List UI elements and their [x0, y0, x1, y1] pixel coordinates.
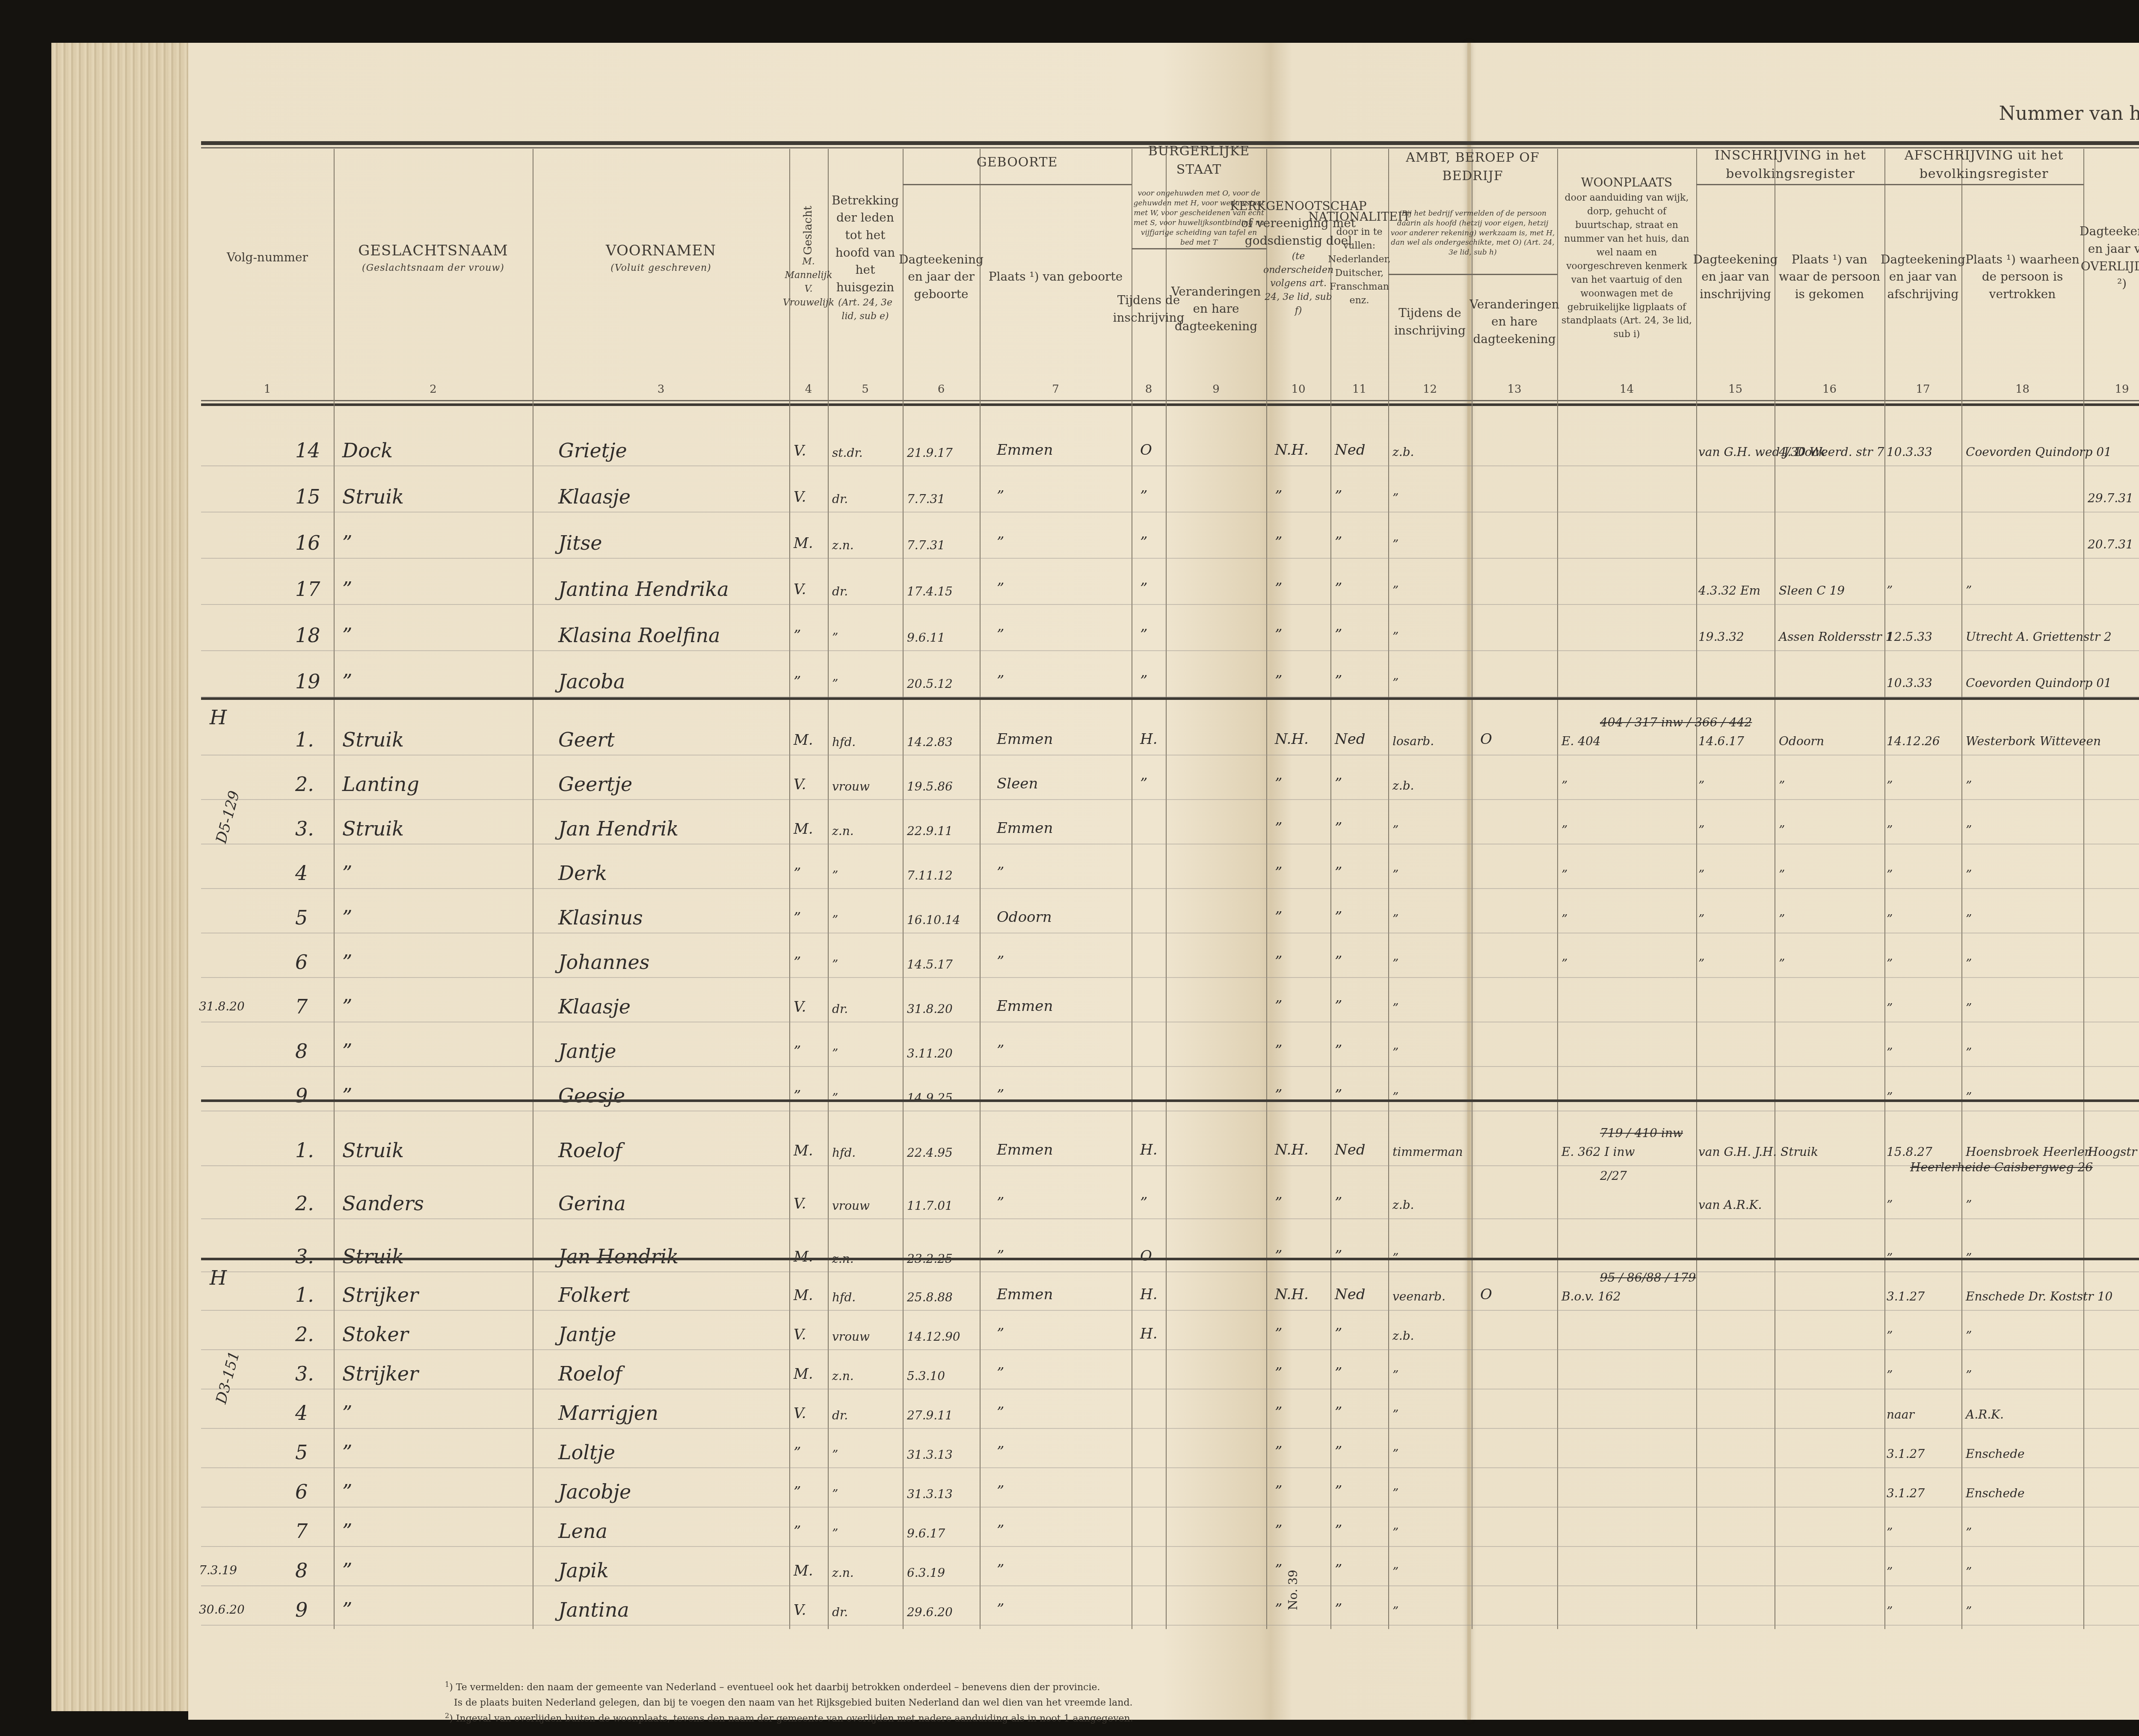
cell-col-10: ” — [1275, 953, 1282, 970]
cell-col-14: ” — [1561, 912, 1567, 926]
cell-col-4: M. — [794, 1248, 813, 1265]
column-number: 7 — [980, 383, 1132, 396]
cell-col-4: M. — [794, 535, 813, 552]
cell-col-1: 3. — [295, 1362, 314, 1385]
cell-col-14: B.o.v. 162 — [1561, 1289, 1621, 1303]
column-number: 8 — [1132, 383, 1166, 396]
column-title: Veranderingen en hare dagteekening — [1469, 296, 1559, 348]
cell-col-18: ” — [1966, 823, 1972, 837]
cell-col-4: ” — [794, 865, 801, 882]
cell-col-11: ” — [1335, 626, 1342, 643]
cell-col-2: Stoker — [342, 1323, 409, 1346]
cell-col-11: ” — [1335, 488, 1342, 505]
cell-col-11: Ned — [1335, 1141, 1366, 1158]
column-number: 15 — [1696, 383, 1775, 396]
cell-col-6: 5.3.10 — [907, 1369, 945, 1383]
cell-col-2: Struik — [342, 728, 404, 751]
cell-col-15: van G.H. J.H. Struik — [1698, 1145, 1818, 1159]
footnote-2: Ingeval van overlijden buiten de woonpla… — [456, 1713, 1133, 1724]
column-number: 18 — [1961, 383, 2083, 396]
cell-col-3: Lena — [558, 1520, 607, 1543]
column-header-4: GeslachtM. Mannelijk V. Vrouwelijk — [791, 150, 826, 366]
footnote-1b: Is de plaats buiten Nederland gelegen, d… — [454, 1697, 1132, 1708]
cell-col-8: O — [1140, 441, 1152, 459]
cell-col-5: z.n. — [832, 824, 854, 838]
cell-col-5: dr. — [832, 1408, 848, 1422]
cell-col-2: ” — [342, 1040, 353, 1063]
cell-col-5: ” — [832, 677, 838, 691]
cell-col-3: Geertje — [558, 773, 632, 796]
cell-col-7: Odoorn — [997, 909, 1052, 926]
cell-col-6: 6.3.19 — [907, 1566, 945, 1580]
cell-col-14: ” — [1561, 868, 1567, 882]
cell-col-2: ” — [342, 1401, 353, 1425]
cell-col-18: Utrecht A. Griettenstr 2 — [1966, 630, 2112, 644]
cell-col-2: ” — [342, 670, 353, 693]
struck-residence: 719 / 410 inw — [1600, 1126, 1683, 1140]
cell-col-5: ” — [832, 1091, 838, 1105]
row-rule — [201, 1271, 2139, 1272]
cell-col-18: ” — [1966, 1368, 1972, 1382]
cell-col-7: Emmen — [997, 731, 1053, 748]
cell-col-10: ” — [1275, 1483, 1282, 1500]
column-header-13: Veranderingen en hare dagteekening — [1473, 278, 1555, 366]
row-rule — [201, 1389, 2139, 1389]
cell-col-5: ” — [832, 868, 838, 883]
cell-col-11: ” — [1335, 1325, 1342, 1342]
cell-col-17: 15.8.27 — [1887, 1145, 1932, 1159]
cell-col-1: 6 — [295, 1480, 308, 1503]
column-title: Dagteekening en jaar van afschrijving — [1881, 251, 1965, 303]
cell-col-1: 15 — [295, 485, 320, 508]
cell-col-6: 20.5.12 — [907, 677, 953, 691]
column-divider — [1884, 149, 1885, 1629]
cell-col-17: 10.3.33 — [1887, 445, 1932, 459]
cell-col-5: hfd. — [832, 735, 856, 749]
cell-col-16: ” — [1779, 823, 1785, 837]
cell-col-11: ” — [1335, 1404, 1342, 1421]
cell-col-6: 11.7.01 — [907, 1199, 953, 1213]
column-title: Plaats ¹) van geboorte — [989, 268, 1123, 286]
cell-col-10: ” — [1275, 626, 1282, 643]
cell-col-5: dr. — [832, 1605, 848, 1619]
cell-col-6: 9.6.17 — [907, 1526, 945, 1540]
cell-col-5: ” — [832, 1046, 838, 1061]
row-rule — [201, 604, 2139, 605]
row-rule — [201, 1022, 2139, 1022]
household-side-note: D3-151 — [213, 1349, 243, 1405]
household-marker: H — [210, 706, 227, 729]
column-subtitle: (te onderscheiden volgens art. 24, 3e li… — [1263, 250, 1333, 318]
cell-col-17: ” — [1887, 1526, 1893, 1540]
column-divider — [1557, 149, 1558, 1629]
printer-mark: No. 39 — [1286, 1570, 1300, 1610]
cell-col-16: Sleen C 19 — [1779, 584, 1845, 598]
cell-col-10: ” — [1275, 1404, 1282, 1421]
row-rule — [201, 1428, 2139, 1429]
cell-col-4: V. — [794, 1326, 806, 1343]
cell-col-11: Ned — [1335, 731, 1366, 748]
cell-col-8: ” — [1140, 534, 1147, 551]
cell-col-10: N.H. — [1275, 1286, 1309, 1303]
cell-col-3: Jantje — [558, 1040, 616, 1063]
column-title: GESLACHTSNAAM — [358, 240, 508, 261]
cell-col-7: ” — [997, 1601, 1004, 1618]
cell-col-11: ” — [1335, 580, 1342, 597]
cell-col-7: ” — [997, 1325, 1004, 1342]
cell-col-18: Westerbork Witteveen — [1966, 734, 2101, 748]
column-divider — [1266, 149, 1267, 1629]
cell-col-3: Klaasje — [558, 485, 631, 508]
household-divider — [201, 697, 2139, 700]
column-number: 12 — [1388, 383, 1472, 396]
cell-col-18: A.R.K. — [1966, 1407, 2004, 1422]
cell-col-5: z.n. — [832, 1566, 854, 1580]
column-divider — [2083, 149, 2084, 1629]
cell-col-18: ” — [1966, 957, 1972, 971]
cell-col-2: ” — [342, 951, 353, 974]
column-subtitle: M. Mannelijk V. Vrouwelijk — [783, 255, 834, 310]
cell-col-14: E. 362 I inw — [1561, 1145, 1635, 1159]
cell-col-6: 7.11.12 — [907, 868, 953, 883]
cell-col-1: 2. — [295, 1323, 314, 1346]
column-number: 4 — [789, 383, 828, 396]
cell-col-18: Hoensbroek Heerlen — [1966, 1145, 2092, 1159]
cell-col-6: 7.7.31 — [907, 492, 945, 506]
cell-col-1: 4 — [295, 862, 308, 885]
cell-col-4: V. — [794, 489, 806, 506]
cell-col-11: ” — [1335, 534, 1342, 551]
cell-col-11: Ned — [1335, 1286, 1366, 1303]
cell-col-2: Sanders — [342, 1192, 424, 1215]
column-header-15: Dagteekening en jaar van inschrijving — [1698, 188, 1773, 366]
cell-col-4: ” — [794, 1087, 801, 1105]
column-divider — [1775, 149, 1775, 1629]
cell-col-2: Struik — [342, 1245, 404, 1268]
cell-col-3: Roelof — [558, 1139, 622, 1162]
cell-col-6: 14.5.17 — [907, 957, 953, 972]
cell-col-2: ” — [342, 862, 353, 885]
cell-col-4: V. — [794, 1405, 806, 1422]
cell-col-3: Marrigjen — [558, 1401, 658, 1425]
cell-col-10: ” — [1275, 1194, 1282, 1212]
cell-col-14: ” — [1561, 823, 1567, 837]
cell-col-18: ” — [1966, 1001, 1972, 1015]
column-header-1: Volg-nummer — [203, 150, 332, 366]
cell-col-8: H. — [1140, 1141, 1157, 1158]
cell-col-8: ” — [1140, 488, 1147, 505]
cell-col-12: ” — [1392, 1407, 1398, 1422]
page-stack-left — [51, 43, 193, 1711]
cell-col-10: ” — [1275, 1601, 1282, 1618]
column-header-6: Dagteekening en jaar der geboorte — [904, 188, 978, 366]
header-group-title: AMBT, BEROEP OF BEDRIJF — [1388, 150, 1557, 184]
cell-col-6: 7.7.31 — [907, 538, 945, 552]
cell-col-4: V. — [794, 776, 806, 793]
cell-col-1: 7 — [295, 1520, 308, 1543]
cell-col-12: ” — [1392, 1001, 1398, 1015]
cell-col-5: st.dr. — [832, 446, 863, 460]
cell-col-12: ” — [1392, 676, 1398, 690]
row-rule — [201, 558, 2139, 559]
cell-col-15: ” — [1698, 779, 1704, 793]
cell-col-7: ” — [997, 1404, 1004, 1421]
cell-col-12: ” — [1392, 823, 1398, 837]
cell-col-1: 1. — [295, 1139, 314, 1162]
cell-col-5: ” — [832, 913, 838, 927]
cell-col-2: ” — [342, 906, 353, 929]
cell-col-7: ” — [997, 1247, 1004, 1265]
cell-col-5: hfd. — [832, 1290, 856, 1304]
occupation-note: (Bij het bedrijf vermelden of de persoon… — [1390, 193, 1555, 274]
cell-col-4: M. — [794, 1562, 813, 1579]
column-header-12: Tijdens de inschrijving — [1390, 278, 1470, 366]
cell-col-15: 4.3.32 Em — [1698, 584, 1760, 598]
cell-col-3: Jantje — [558, 1323, 616, 1346]
sheet-number-label: Nummer van het blad — [1999, 103, 2139, 124]
cell-col-4: V. — [794, 581, 806, 598]
cell-col-16: Odoorn — [1779, 734, 1824, 748]
cell-col-1: 2. — [295, 1192, 314, 1215]
cell-col-19: 29.7.31 — [2088, 491, 2133, 505]
cell-col-1: 7 — [295, 995, 308, 1018]
column-divider — [1696, 149, 1697, 1629]
cell-col-16: ” — [1779, 779, 1785, 793]
cell-col-13: O — [1480, 731, 1492, 748]
column-subtitle: door aanduiding van wijk, dorp, gehucht … — [1559, 191, 1695, 341]
column-number: 13 — [1472, 383, 1557, 396]
cell-col-2: ” — [342, 1441, 353, 1464]
cell-col-6: 31.3.13 — [907, 1487, 953, 1501]
cell-col-18: Coevorden Quindorp 01 — [1966, 445, 2112, 459]
column-header-11: NATIONALITEITdoor in te vullen: Nederlan… — [1332, 150, 1386, 366]
row-rule — [201, 888, 2139, 889]
cell-col-10: ” — [1275, 820, 1282, 837]
cell-col-3: Klasina Roelfina — [558, 624, 720, 647]
cell-col-5: vrouw — [832, 779, 870, 794]
cell-col-5: ” — [832, 1487, 838, 1501]
cell-col-6: 14.2.83 — [907, 735, 953, 749]
struck-destination: Heerlerheide Caisbergweg 26 — [1910, 1160, 2093, 1174]
cell-col-8: H. — [1140, 1325, 1157, 1342]
cell-col-5: dr. — [832, 492, 848, 506]
household-divider — [201, 1099, 2139, 1102]
column-header-9: Veranderingen en hare dagteekening — [1167, 252, 1265, 366]
cell-col-11: ” — [1335, 1483, 1342, 1500]
cell-col-10: ” — [1275, 1443, 1282, 1460]
cell-col-1: 14 — [295, 439, 320, 462]
cell-col-13: O — [1480, 1286, 1492, 1303]
cell-col-18: Enschede — [1966, 1486, 2025, 1500]
cell-col-4: V. — [794, 1602, 806, 1619]
cell-col-4: ” — [794, 1444, 801, 1461]
cell-col-12: timmerman — [1392, 1145, 1463, 1159]
cell-col-3: Loltje — [558, 1441, 615, 1464]
cell-col-1: 31.8.20 — [199, 999, 245, 1013]
column-title: Dagteekening en jaar der geboorte — [899, 251, 984, 303]
cell-col-10: ” — [1275, 534, 1282, 551]
cell-col-8: ” — [1140, 672, 1147, 690]
cell-col-10: ” — [1275, 1561, 1282, 1579]
column-header-2: GESLACHTSNAAM(Geslachtsnaam der vrouw) — [335, 150, 531, 366]
cell-col-15: 14.6.17 — [1698, 734, 1744, 748]
cell-col-10: N.H. — [1275, 441, 1309, 459]
cell-col-18: ” — [1966, 779, 1972, 793]
cell-col-4: ” — [794, 627, 801, 644]
column-title: Geslacht — [800, 206, 817, 255]
column-number: 19 — [2083, 383, 2139, 396]
cell-col-17: ” — [1887, 912, 1893, 926]
column-subtitle: (Geslachtsnaam der vrouw) — [362, 261, 504, 275]
cell-col-4: M. — [794, 1366, 813, 1383]
cell-col-18: Enschede — [1966, 1447, 2025, 1461]
household-marker: H — [210, 1266, 227, 1289]
cell-col-7: ” — [997, 1443, 1004, 1460]
cell-col-7: Emmen — [997, 1286, 1053, 1303]
column-title: WOONPLAATS — [1581, 174, 1672, 192]
cell-col-3: Jan Hendrik — [558, 1245, 678, 1268]
cell-col-7: ” — [997, 626, 1004, 643]
cell-col-3: Geesje — [558, 1084, 625, 1107]
column-header-16: Plaats ¹) van waar de persoon is gekomen — [1776, 188, 1883, 366]
column-header-10: KERKGENOOTSCHAP of vereeniging met godsd… — [1268, 150, 1329, 366]
column-divider — [1388, 149, 1389, 1629]
column-header-3: VOORNAMEN(Voluit geschreven) — [534, 150, 788, 366]
cell-col-15: ” — [1698, 823, 1704, 837]
header-bottom-rule-thick — [201, 403, 2139, 406]
cell-col-10: ” — [1275, 1522, 1282, 1539]
column-divider — [533, 149, 533, 1629]
cell-col-7: Emmen — [997, 820, 1053, 837]
cell-col-17: 3.1.27 — [1887, 1486, 1925, 1500]
cell-col-3: Jitse — [558, 531, 602, 554]
cell-col-11: ” — [1335, 864, 1342, 881]
column-title: Plaats ¹) van waar de persoon is gekomen — [1776, 251, 1883, 303]
cell-col-7: ” — [997, 1522, 1004, 1539]
cell-col-1: 6 — [295, 951, 308, 974]
row-rule — [201, 1585, 2139, 1586]
cell-col-17: ” — [1887, 1604, 1893, 1618]
cell-col-17: ” — [1887, 823, 1893, 837]
household-divider — [201, 1258, 2139, 1260]
cell-col-2: Struik — [342, 1139, 404, 1162]
cell-col-6: 29.6.20 — [907, 1605, 953, 1619]
cell-col-10: ” — [1275, 1247, 1282, 1265]
cell-col-17: ” — [1887, 1090, 1893, 1104]
cell-col-6: 22.4.95 — [907, 1146, 953, 1160]
cell-col-18: ” — [1966, 1198, 1972, 1212]
header-group-title: INSCHRIJVING in het bevolkingsregister — [1696, 148, 1884, 182]
cell-col-12: ” — [1392, 868, 1398, 882]
civil-status-note: voor ongehuwden met O, voor de gehuwden … — [1133, 188, 1265, 248]
cell-col-5: vrouw — [832, 1199, 870, 1213]
header-group-rule — [1388, 274, 1557, 275]
cell-col-5: ” — [832, 1448, 838, 1462]
cell-col-1: 5 — [295, 906, 308, 929]
cell-col-5: hfd. — [832, 1146, 856, 1160]
cell-col-4: ” — [794, 1523, 801, 1540]
cell-col-17: ” — [1887, 779, 1893, 793]
row-rule — [201, 977, 2139, 978]
cell-col-17: ” — [1887, 1565, 1893, 1579]
cell-col-10: ” — [1275, 909, 1282, 926]
cell-col-18: ” — [1966, 868, 1972, 882]
cell-col-17: 12.5.33 — [1887, 630, 1932, 644]
cell-col-2: Struik — [342, 817, 404, 840]
cell-col-12: z.b. — [1392, 779, 1414, 793]
column-title: Betrekking der leden tot het hoofd van h… — [830, 192, 901, 296]
cell-col-3: Jacobje — [558, 1480, 631, 1503]
cell-col-8: ” — [1140, 626, 1147, 643]
cell-col-12: z.b. — [1392, 1329, 1414, 1343]
column-divider — [1472, 149, 1472, 1629]
cell-col-7: ” — [997, 1561, 1004, 1579]
cell-col-1: 9 — [295, 1084, 308, 1107]
cell-col-11: ” — [1335, 1561, 1342, 1579]
column-number: 14 — [1557, 383, 1696, 396]
cell-col-1: 8 — [295, 1559, 308, 1582]
cell-col-12: veenarb. — [1392, 1289, 1446, 1303]
cell-col-12: ” — [1392, 1368, 1398, 1382]
cell-col-15: ” — [1698, 868, 1704, 882]
cell-col-10: ” — [1275, 580, 1282, 597]
cell-col-15: ” — [1698, 912, 1704, 926]
cell-col-19: 20.7.31 — [2088, 537, 2133, 551]
cell-col-2: ” — [342, 1084, 353, 1107]
cell-col-12: ” — [1392, 1090, 1398, 1104]
cell-col-1: 16 — [295, 531, 320, 554]
cell-col-3: Grietje — [558, 439, 627, 462]
cell-col-2: Dock — [342, 439, 393, 462]
cell-col-8: ” — [1140, 1194, 1147, 1212]
column-number: 9 — [1166, 383, 1266, 396]
cell-col-3: Johannes — [558, 951, 649, 974]
cell-col-12: ” — [1392, 957, 1398, 971]
cell-col-11: ” — [1335, 820, 1342, 837]
column-number: 16 — [1775, 383, 1884, 396]
cell-col-7: ” — [997, 864, 1004, 881]
column-number: 1 — [201, 383, 334, 396]
column-header-14: WOONPLAATSdoor aanduiding van wijk, dorp… — [1559, 150, 1695, 366]
column-header-7: Plaats ¹) van geboorte — [981, 188, 1130, 366]
cell-col-5: ” — [832, 631, 838, 645]
cell-col-1: 3. — [295, 817, 314, 840]
cell-col-1: 18 — [295, 624, 320, 647]
cell-col-2: ” — [342, 1520, 353, 1543]
row-rule — [201, 755, 2139, 755]
cell-col-8: H. — [1140, 1286, 1157, 1303]
cell-col-7: ” — [997, 534, 1004, 551]
cell-col-10: ” — [1275, 1365, 1282, 1382]
cell-col-11: ” — [1335, 1522, 1342, 1539]
cell-col-1: 1. — [295, 1283, 314, 1306]
cell-col-2: ” — [342, 1480, 353, 1503]
column-header-19: Dagteekening en jaar van OVERLIJDEN ²) — [2085, 150, 2139, 366]
row-rule — [201, 512, 2139, 513]
cell-col-6: 31.3.13 — [907, 1448, 953, 1462]
cell-col-18: ” — [1966, 584, 1972, 598]
cell-col-18: Coevorden Quindorp 01 — [1966, 676, 2112, 690]
cell-col-16: ” — [1779, 868, 1785, 882]
cell-col-4: ” — [794, 673, 801, 690]
cell-col-18: ” — [1966, 1046, 1972, 1060]
cell-col-7: Sleen — [997, 775, 1038, 792]
cell-col-3: Gerina — [558, 1192, 626, 1215]
cell-col-10: ” — [1275, 1325, 1282, 1342]
column-number: 17 — [1884, 383, 1961, 396]
row-rule — [201, 1349, 2139, 1350]
cell-col-18: ” — [1966, 1090, 1972, 1104]
